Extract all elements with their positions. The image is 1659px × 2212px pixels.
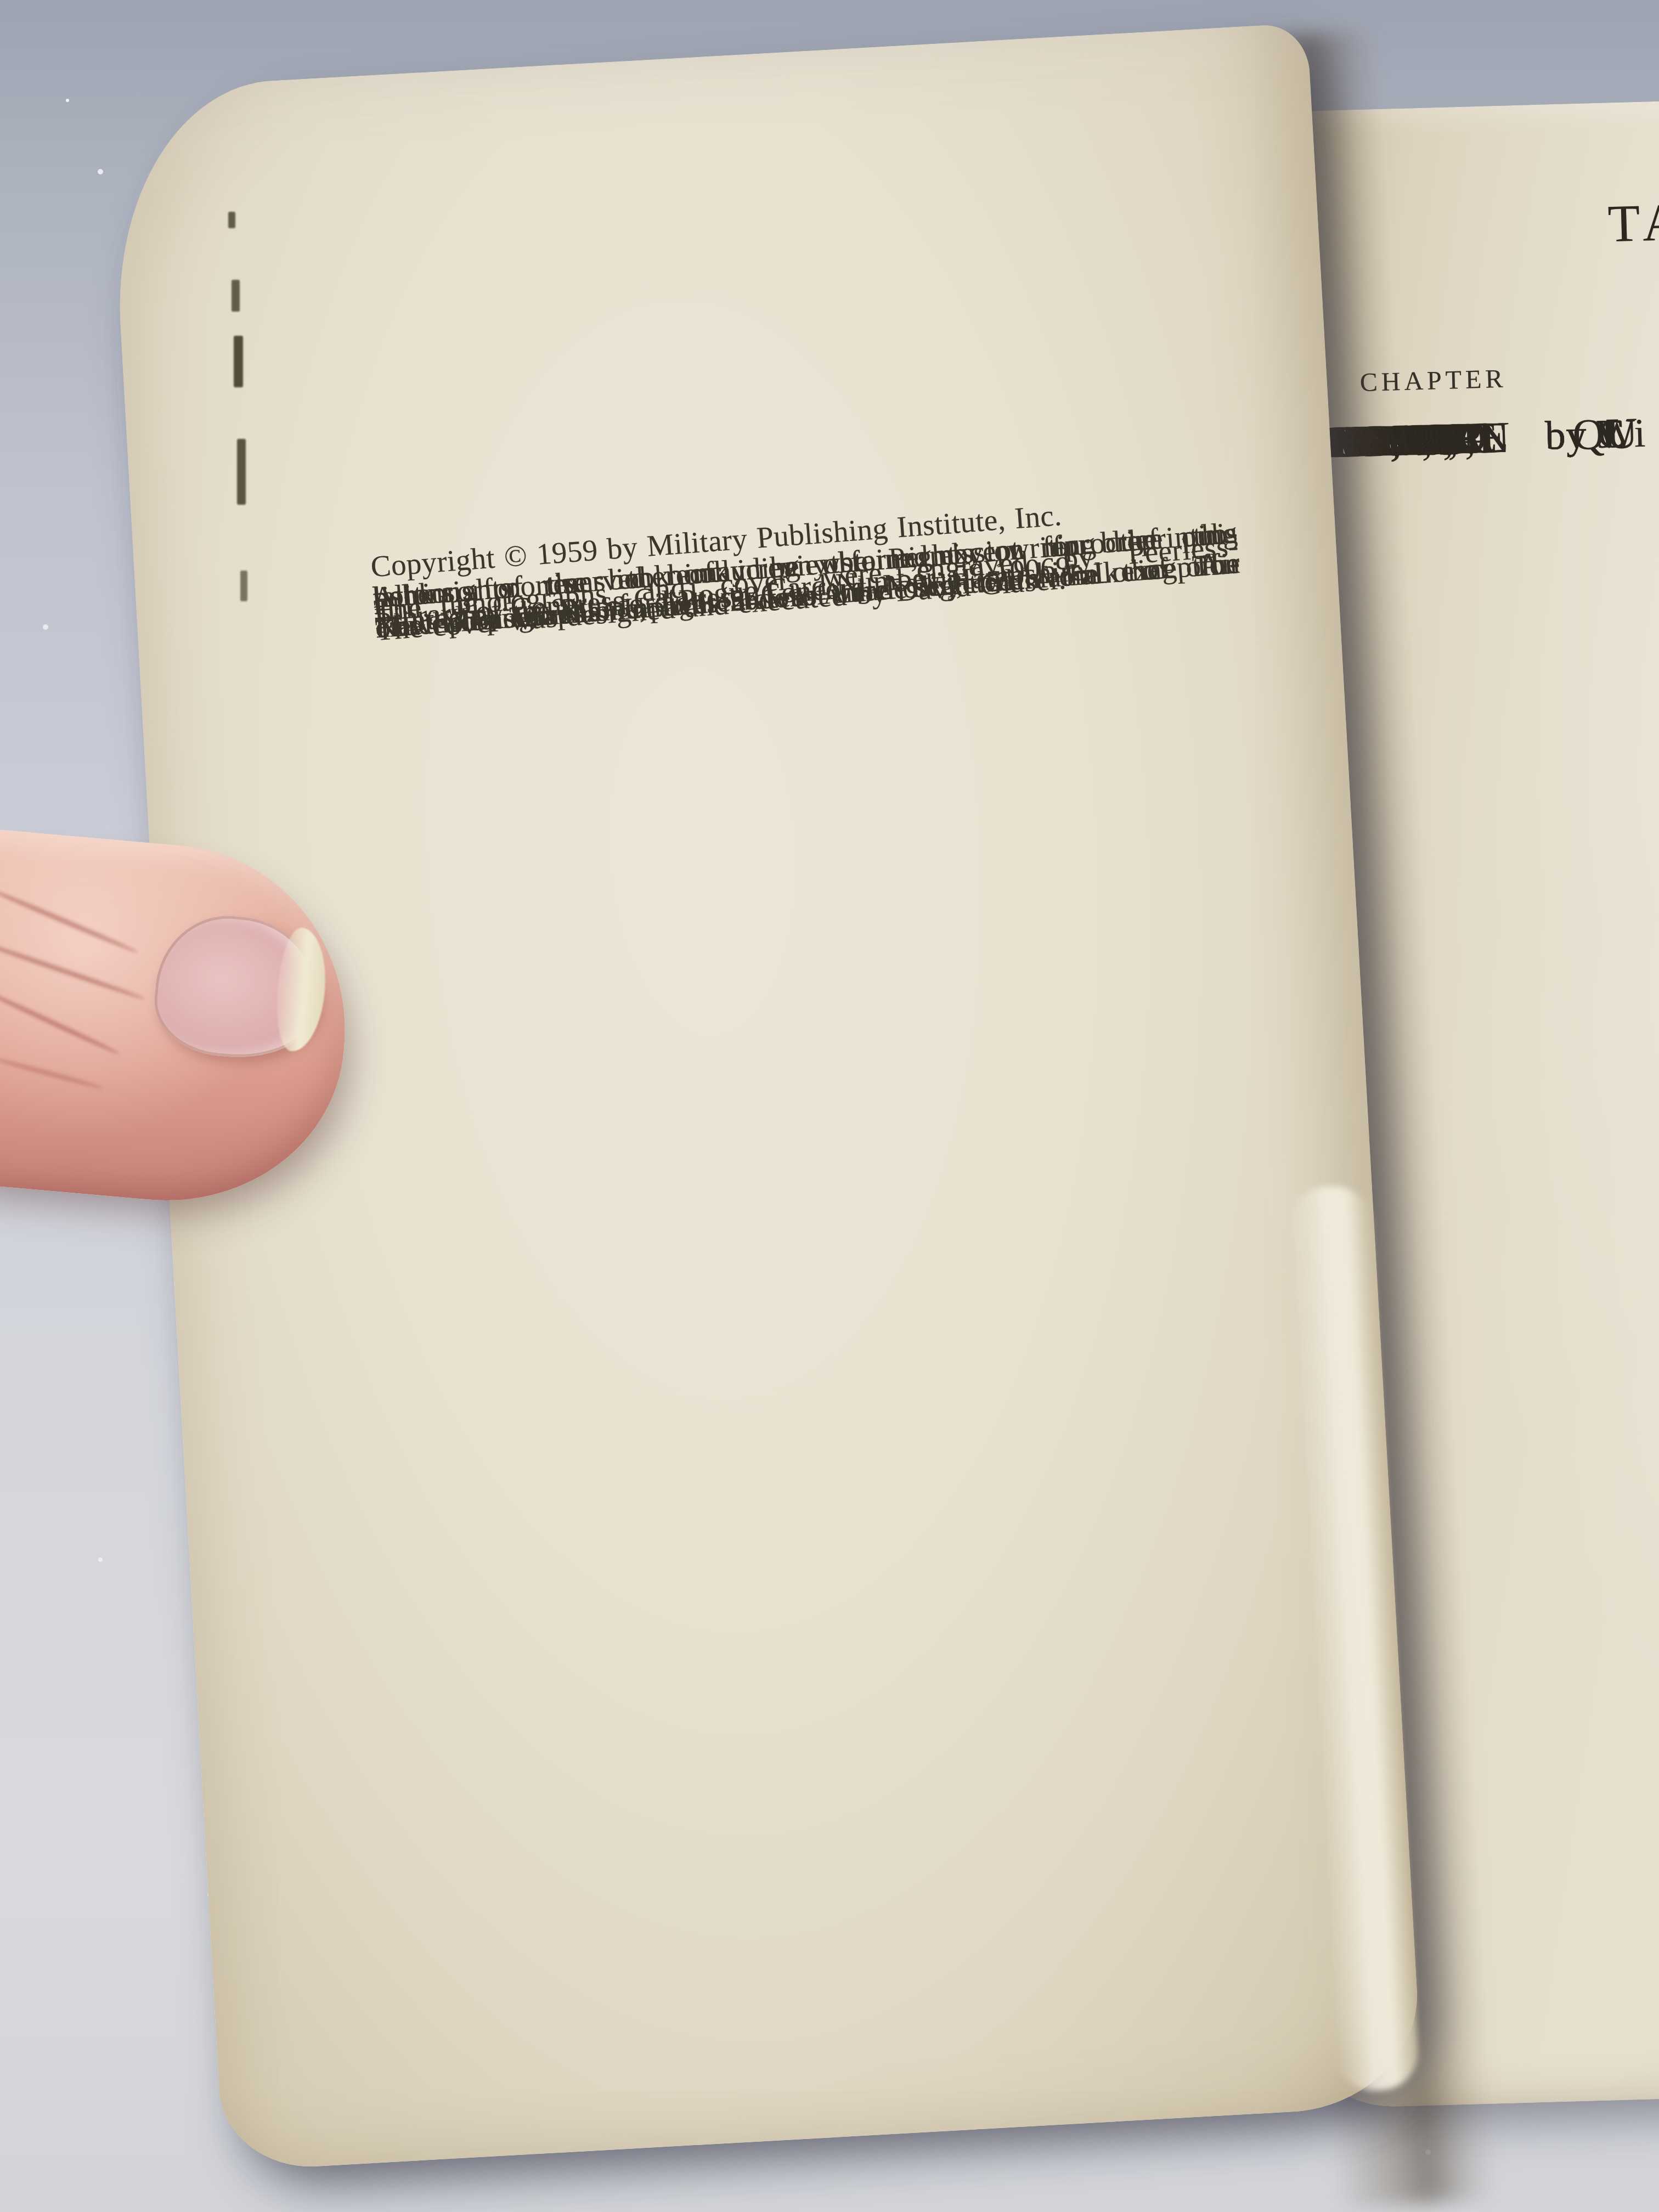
- spine-print-mark: [232, 280, 240, 312]
- thumb-crease: [0, 1056, 104, 1090]
- spine-print-mark: [234, 336, 243, 387]
- copyright-text-block: Copyright © 1959 by Military Publishing …: [369, 474, 1244, 540]
- nail-free-edge: [272, 926, 330, 1054]
- spine-print-marks: [222, 208, 255, 647]
- toc-header-fragment: TA: [1607, 191, 1659, 254]
- spine-print-mark: [228, 212, 235, 228]
- spine-print-mark: [240, 571, 247, 601]
- thumb-crease: [0, 987, 121, 1056]
- toc-title-continuation: QU: [1572, 408, 1640, 462]
- thumb-crease: [0, 886, 139, 955]
- spine-print-mark: [237, 439, 246, 505]
- thumb-nail: [150, 910, 326, 1064]
- book-photo-scene: TA CHAPTER 1THE AIR 2NORAD, 3TAC, THE 4U…: [0, 0, 1659, 2212]
- dust-specks: [66, 99, 69, 102]
